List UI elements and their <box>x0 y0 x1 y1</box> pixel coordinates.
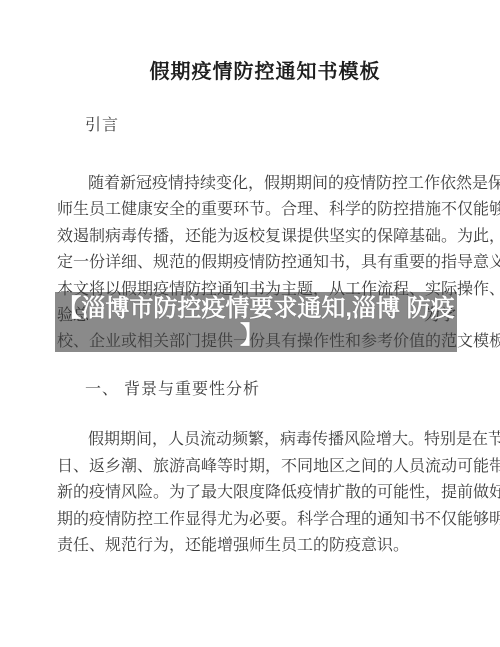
document-title: 假期疫情防控通知书模板 <box>0 59 500 85</box>
paragraph2-line1: 假期期间，人员流动频繁，病毒传播风险增大。特别是在节假 <box>57 426 443 453</box>
document-page: 假期疫情防控通知书模板 引言 随着新冠疫情持续变化，假期期间的疫情防控工作依然是… <box>0 0 500 647</box>
overlay-banner-title: 【淄博市防控疫情要求通知,淄博 防疫 <box>55 295 457 323</box>
paragraph1-line4: 定一份详细、规范的假期疫情防控通知书，具有重要的指导意义。 <box>57 249 443 276</box>
paragraph2-line3: 新的疫情风险。为了最大限度降低疫情扩散的可能性，提前做好假 <box>57 479 443 506</box>
paragraph2-line4: 期的疫情防控工作显得尤为必要。科学合理的通知书不仅能够明确 <box>57 506 443 533</box>
paragraph1-line2: 师生员工健康安全的重要环节。合理、科学的防控措施不仅能够有 <box>57 196 443 223</box>
paragraph2-line5: 责任、规范行为，还能增强师生员工的防疫意识。 <box>57 532 443 559</box>
overlay-banner-closing-bracket: 】 <box>240 322 264 350</box>
paragraph2-line2: 日、返乡潮、旅游高峰等时期，不同地区之间的人员流动可能带来 <box>57 453 443 480</box>
paragraph1-line3: 效遏制病毒传播，还能为返校复课提供坚实的保障基础。为此，制 <box>57 223 443 250</box>
paragraph1-line1: 随着新冠疫情持续变化，假期期间的疫情防控工作依然是保障 <box>57 170 443 197</box>
section1-heading: 一、 背景与重要性分析 <box>85 376 260 403</box>
intro-heading: 引言 <box>85 113 119 139</box>
